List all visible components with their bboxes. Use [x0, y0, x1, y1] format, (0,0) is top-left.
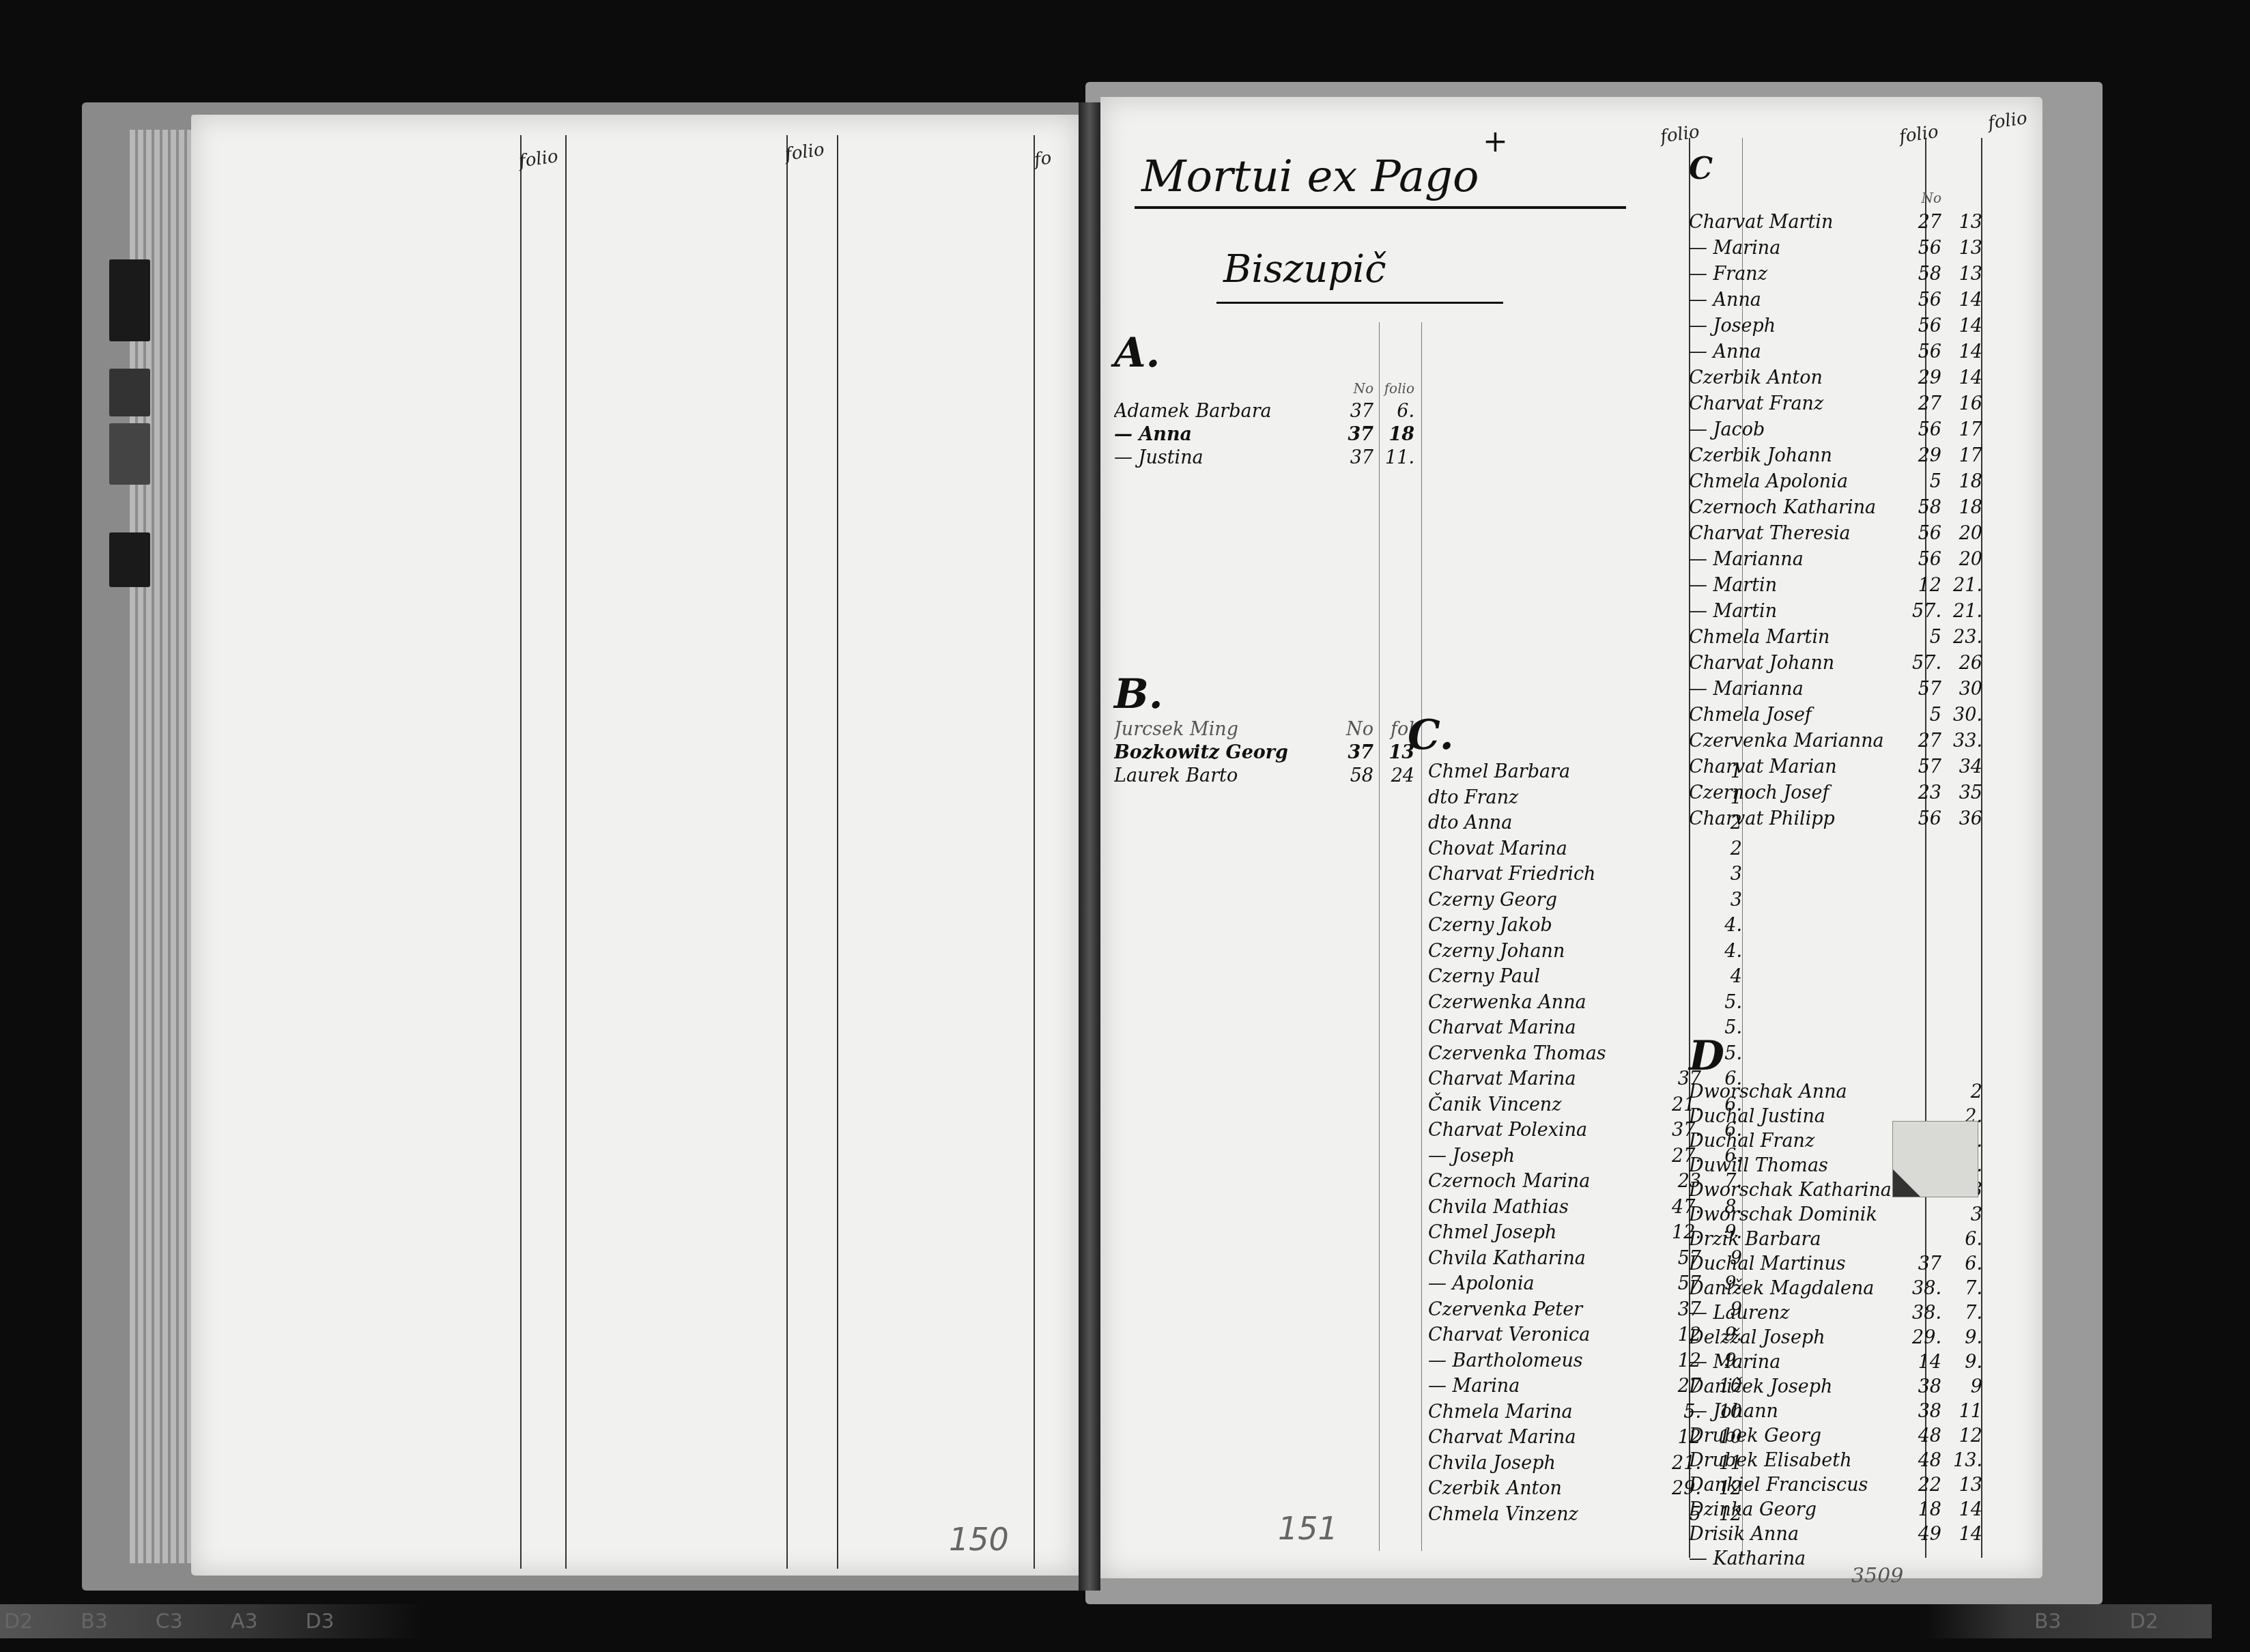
register-entry: Czernoch Katharina5818 — [1689, 495, 1982, 521]
book-spine — [1079, 102, 1100, 1591]
section-header: No — [1689, 186, 1982, 210]
register-entry: Dankiel Franciscus2213 — [1689, 1473, 1982, 1498]
register-entry: Charvat Friedrich3 — [1428, 861, 1742, 887]
page-edges — [130, 130, 191, 1563]
section-b: B. Jurcsek MingNofol Bozkowitz Georg3713… — [1114, 670, 1414, 788]
register-entry: Chmela Martin523. — [1689, 625, 1982, 651]
register-entry: — Justina3711. — [1114, 446, 1414, 470]
register-entry: — Marianna5730 — [1689, 677, 1982, 702]
folio-header: folio — [1898, 122, 1939, 147]
calibration-strip-right: B3 D2 — [1925, 1604, 2212, 1638]
register-title: Mortui ex Pago — [1141, 152, 1479, 202]
register-entry: Dzinka Georg1814 — [1689, 1498, 1982, 1522]
register-entry: Czernoch Josef2335 — [1689, 780, 1982, 806]
register-entry: Charvat Philipp5636 — [1689, 806, 1982, 832]
column-rule — [837, 135, 838, 1569]
section-letter: A. — [1114, 329, 1414, 377]
register-entry: Duchal Martinus376. — [1689, 1252, 1982, 1277]
paper-patch — [1892, 1121, 1978, 1197]
binding-tab — [109, 369, 150, 416]
register-entry: — Marianna5620 — [1689, 547, 1982, 573]
register-entry: — Jacob5617 — [1689, 417, 1982, 443]
column-rule — [1379, 322, 1380, 1551]
register-entry: Danižek Joseph389 — [1689, 1375, 1982, 1399]
register-entry: Drisik Anna4914 — [1689, 1522, 1982, 1547]
section-c-continued: C No Charvat Martin2713— Marina5613— Fra… — [1689, 152, 1982, 832]
register-entry: Laurek Barto5824 — [1114, 765, 1414, 788]
register-entry: Czerny Johann4. — [1428, 939, 1742, 965]
register-entry: Danižek Magdalena38.7. — [1689, 1277, 1982, 1301]
register-entry: — Joseph5614 — [1689, 313, 1982, 339]
folio-header: fo — [1033, 147, 1053, 170]
section-letter: C. — [1408, 711, 1454, 759]
register-entry: Czerny Paul4 — [1428, 964, 1742, 990]
register-entry: Czerwenka Anna5. — [1428, 990, 1742, 1016]
left-page: folio folio fo 150 — [191, 115, 1079, 1576]
register-entry: Czervenka Marianna2733. — [1689, 728, 1982, 754]
section-header: No folio — [1114, 377, 1414, 400]
section-letter: D — [1689, 1032, 1982, 1080]
register-entry: Dworschak Dominik3 — [1689, 1203, 1982, 1227]
register-entry: Czerbik Johann2917 — [1689, 443, 1982, 469]
folio-header: folio — [784, 139, 825, 165]
folio-header: folio — [517, 146, 559, 172]
register-entry: Chmela Apolonia518 — [1689, 469, 1982, 495]
register-entry: Drubek Georg4812 — [1689, 1424, 1982, 1449]
register-entry: — Franz5813 — [1689, 261, 1982, 287]
register-entry: Drzik Barbara6. — [1689, 1227, 1982, 1252]
register-entry: Charvat Johann57.26 — [1689, 651, 1982, 677]
title-underline — [1135, 206, 1626, 209]
register-entry: Czerny Jakob4. — [1428, 913, 1742, 939]
register-entry: Chmela Josef530. — [1689, 702, 1982, 728]
right-page: folio folio folio Mortui ex Pago + Biszu… — [1100, 97, 2042, 1578]
section-letter: C — [1689, 152, 1982, 186]
register-entry: — Anna5614 — [1689, 339, 1982, 365]
register-entry: Dworschak Anna2 — [1689, 1080, 1982, 1105]
calibration-strip-left: D2 B3 C3 A3 D3 — [0, 1604, 423, 1638]
folio-header: folio — [1659, 122, 1700, 147]
section-a: A. No folio Adamek Barbara376. — Anna371… — [1114, 329, 1414, 470]
register-entry: — Anna5614 — [1689, 287, 1982, 313]
page-number: 150 — [949, 1521, 1009, 1558]
register-entry: — Marina5613 — [1689, 236, 1982, 261]
register-entry: Charvat Franz2716 — [1689, 391, 1982, 417]
register-entry: Czerny Georg3 — [1428, 887, 1742, 913]
title-cross-mark: + — [1483, 124, 1508, 159]
register-entry: Charvat Martin2713 — [1689, 210, 1982, 236]
register-entry: Adamek Barbara376. — [1114, 400, 1414, 423]
village-name: Biszupič — [1223, 247, 1386, 291]
stamp-number: 3509 — [1851, 1565, 1903, 1588]
register-entry: — Martin1221. — [1689, 573, 1982, 599]
column-rule — [786, 135, 788, 1569]
binding-tab — [109, 532, 150, 587]
register-entry: Delzžal Joseph29.9. — [1689, 1326, 1982, 1350]
register-entry: — Laurenz38.7. — [1689, 1301, 1982, 1326]
register-entry: Czerbik Anton2914 — [1689, 365, 1982, 391]
page-number: 151 — [1278, 1510, 1338, 1547]
binding-tab — [109, 259, 150, 341]
folio-header: folio — [1986, 108, 2028, 134]
register-entry: — Katharina — [1689, 1547, 1982, 1571]
column-rule — [565, 135, 567, 1569]
column-rule — [520, 135, 522, 1569]
subtitle-underline — [1216, 302, 1503, 304]
register-entry: Chovat Marina2 — [1428, 836, 1742, 862]
section-letter: B. — [1114, 670, 1414, 718]
section-d: D Dworschak Anna2Duchal Justina2.Duchal … — [1689, 1032, 1982, 1571]
register-entry: Bozkowitz Georg3713 — [1114, 741, 1414, 765]
register-entry: Charvat Theresia5620 — [1689, 521, 1982, 547]
register-entry: — Marina149. — [1689, 1350, 1982, 1375]
register-entry: Charvat Marian5734 — [1689, 754, 1982, 780]
column-rule — [1034, 135, 1035, 1569]
register-entry: — Anna3718 — [1114, 423, 1414, 446]
register-entry: — Martin57.21. — [1689, 599, 1982, 625]
column-rule — [1421, 322, 1422, 1551]
binding-tab — [109, 423, 150, 485]
register-entry: Drubek Elisabeth4813. — [1689, 1449, 1982, 1473]
register-entry: Jurcsek MingNofol — [1114, 718, 1414, 741]
register-entry: — Johann3811 — [1689, 1399, 1982, 1424]
